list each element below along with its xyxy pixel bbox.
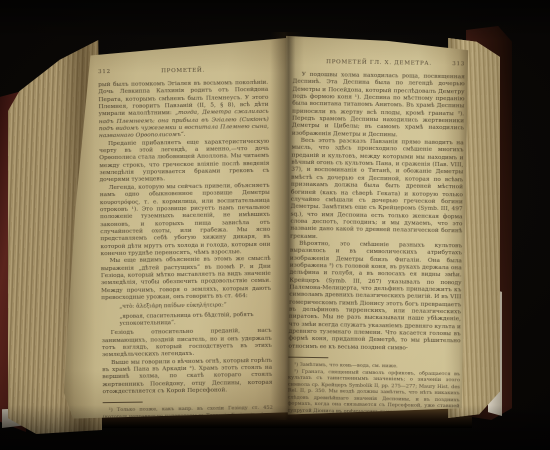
right-page: ПРОМЕТЕЙ ГЛ. X. ДЕМЕТРА. 313 У подошвы х… bbox=[286, 30, 470, 420]
footnote: ²) Павзаній VIII, по 37-й главѣ для необ… bbox=[103, 438, 273, 450]
left-running-title: ПРОМЕТЕЙ. bbox=[124, 67, 242, 75]
right-page-number: 313 bbox=[439, 61, 465, 67]
paragraph: Мы еще видимъ объясненіе въ этомъ же смы… bbox=[101, 256, 272, 302]
right-page-text-block: ПРОМЕТЕЙ ГЛ. X. ДЕМЕТРА. 313 У подошвы х… bbox=[287, 59, 465, 423]
book-gutter-shadow bbox=[270, 32, 304, 420]
paragraph: Легенда, которую мы сейчасъ привели, объ… bbox=[100, 183, 271, 259]
paragraph: рый былъ потомкомъ Эгіалея въ восьмомъ п… bbox=[98, 80, 269, 141]
verse-quote-line: „чтò: ἀλεξιάρη παίδων εὐκηλήτειρα:“ bbox=[101, 302, 271, 312]
paragraph: Гезіодъ относительно преданій, насъ зани… bbox=[102, 328, 272, 360]
left-running-head: 312 ПРОМЕТЕЙ. bbox=[98, 67, 268, 75]
paragraph: Весь этотъ разсказъ Павзанія прямо навод… bbox=[290, 138, 464, 244]
left-page: 312 ПРОМЕТЕЙ. рый былъ потомкомъ Эгіалея… bbox=[58, 34, 290, 424]
book-photo: 312 ПРОМЕТЕЙ. рый былъ потомкомъ Эгіалея… bbox=[0, 0, 550, 450]
paragraph: Вѣроятно, это смѣшеніе разныхъ культовъ … bbox=[288, 241, 462, 354]
verse-quote-line: „яровая, спасительница отъ бѣдствій, роб… bbox=[101, 311, 271, 328]
footnote-rule bbox=[103, 402, 143, 404]
right-running-title: ПРОМЕТЕЙ ГЛ. X. ДЕМЕТРА. bbox=[319, 59, 439, 67]
paragraph: Преданіе прибавляетъ еще характеристичес… bbox=[99, 139, 270, 185]
right-running-head: ПРОМЕТЕЙ ГЛ. X. ДЕМЕТРА. 313 bbox=[293, 59, 465, 68]
paragraph: Выше мы говорили о вѣчномъ огнѣ, который… bbox=[102, 358, 272, 397]
paragraph: У подошвы холма находилась роща, посвяще… bbox=[292, 72, 465, 141]
left-page-text-block: 312 ПРОМЕТЕЙ. рый былъ потомкомъ Эгіалея… bbox=[98, 67, 273, 450]
left-page-number: 312 bbox=[98, 69, 124, 75]
footnote: ²) Граната, священный символъ орфиковъ, … bbox=[287, 368, 460, 416]
